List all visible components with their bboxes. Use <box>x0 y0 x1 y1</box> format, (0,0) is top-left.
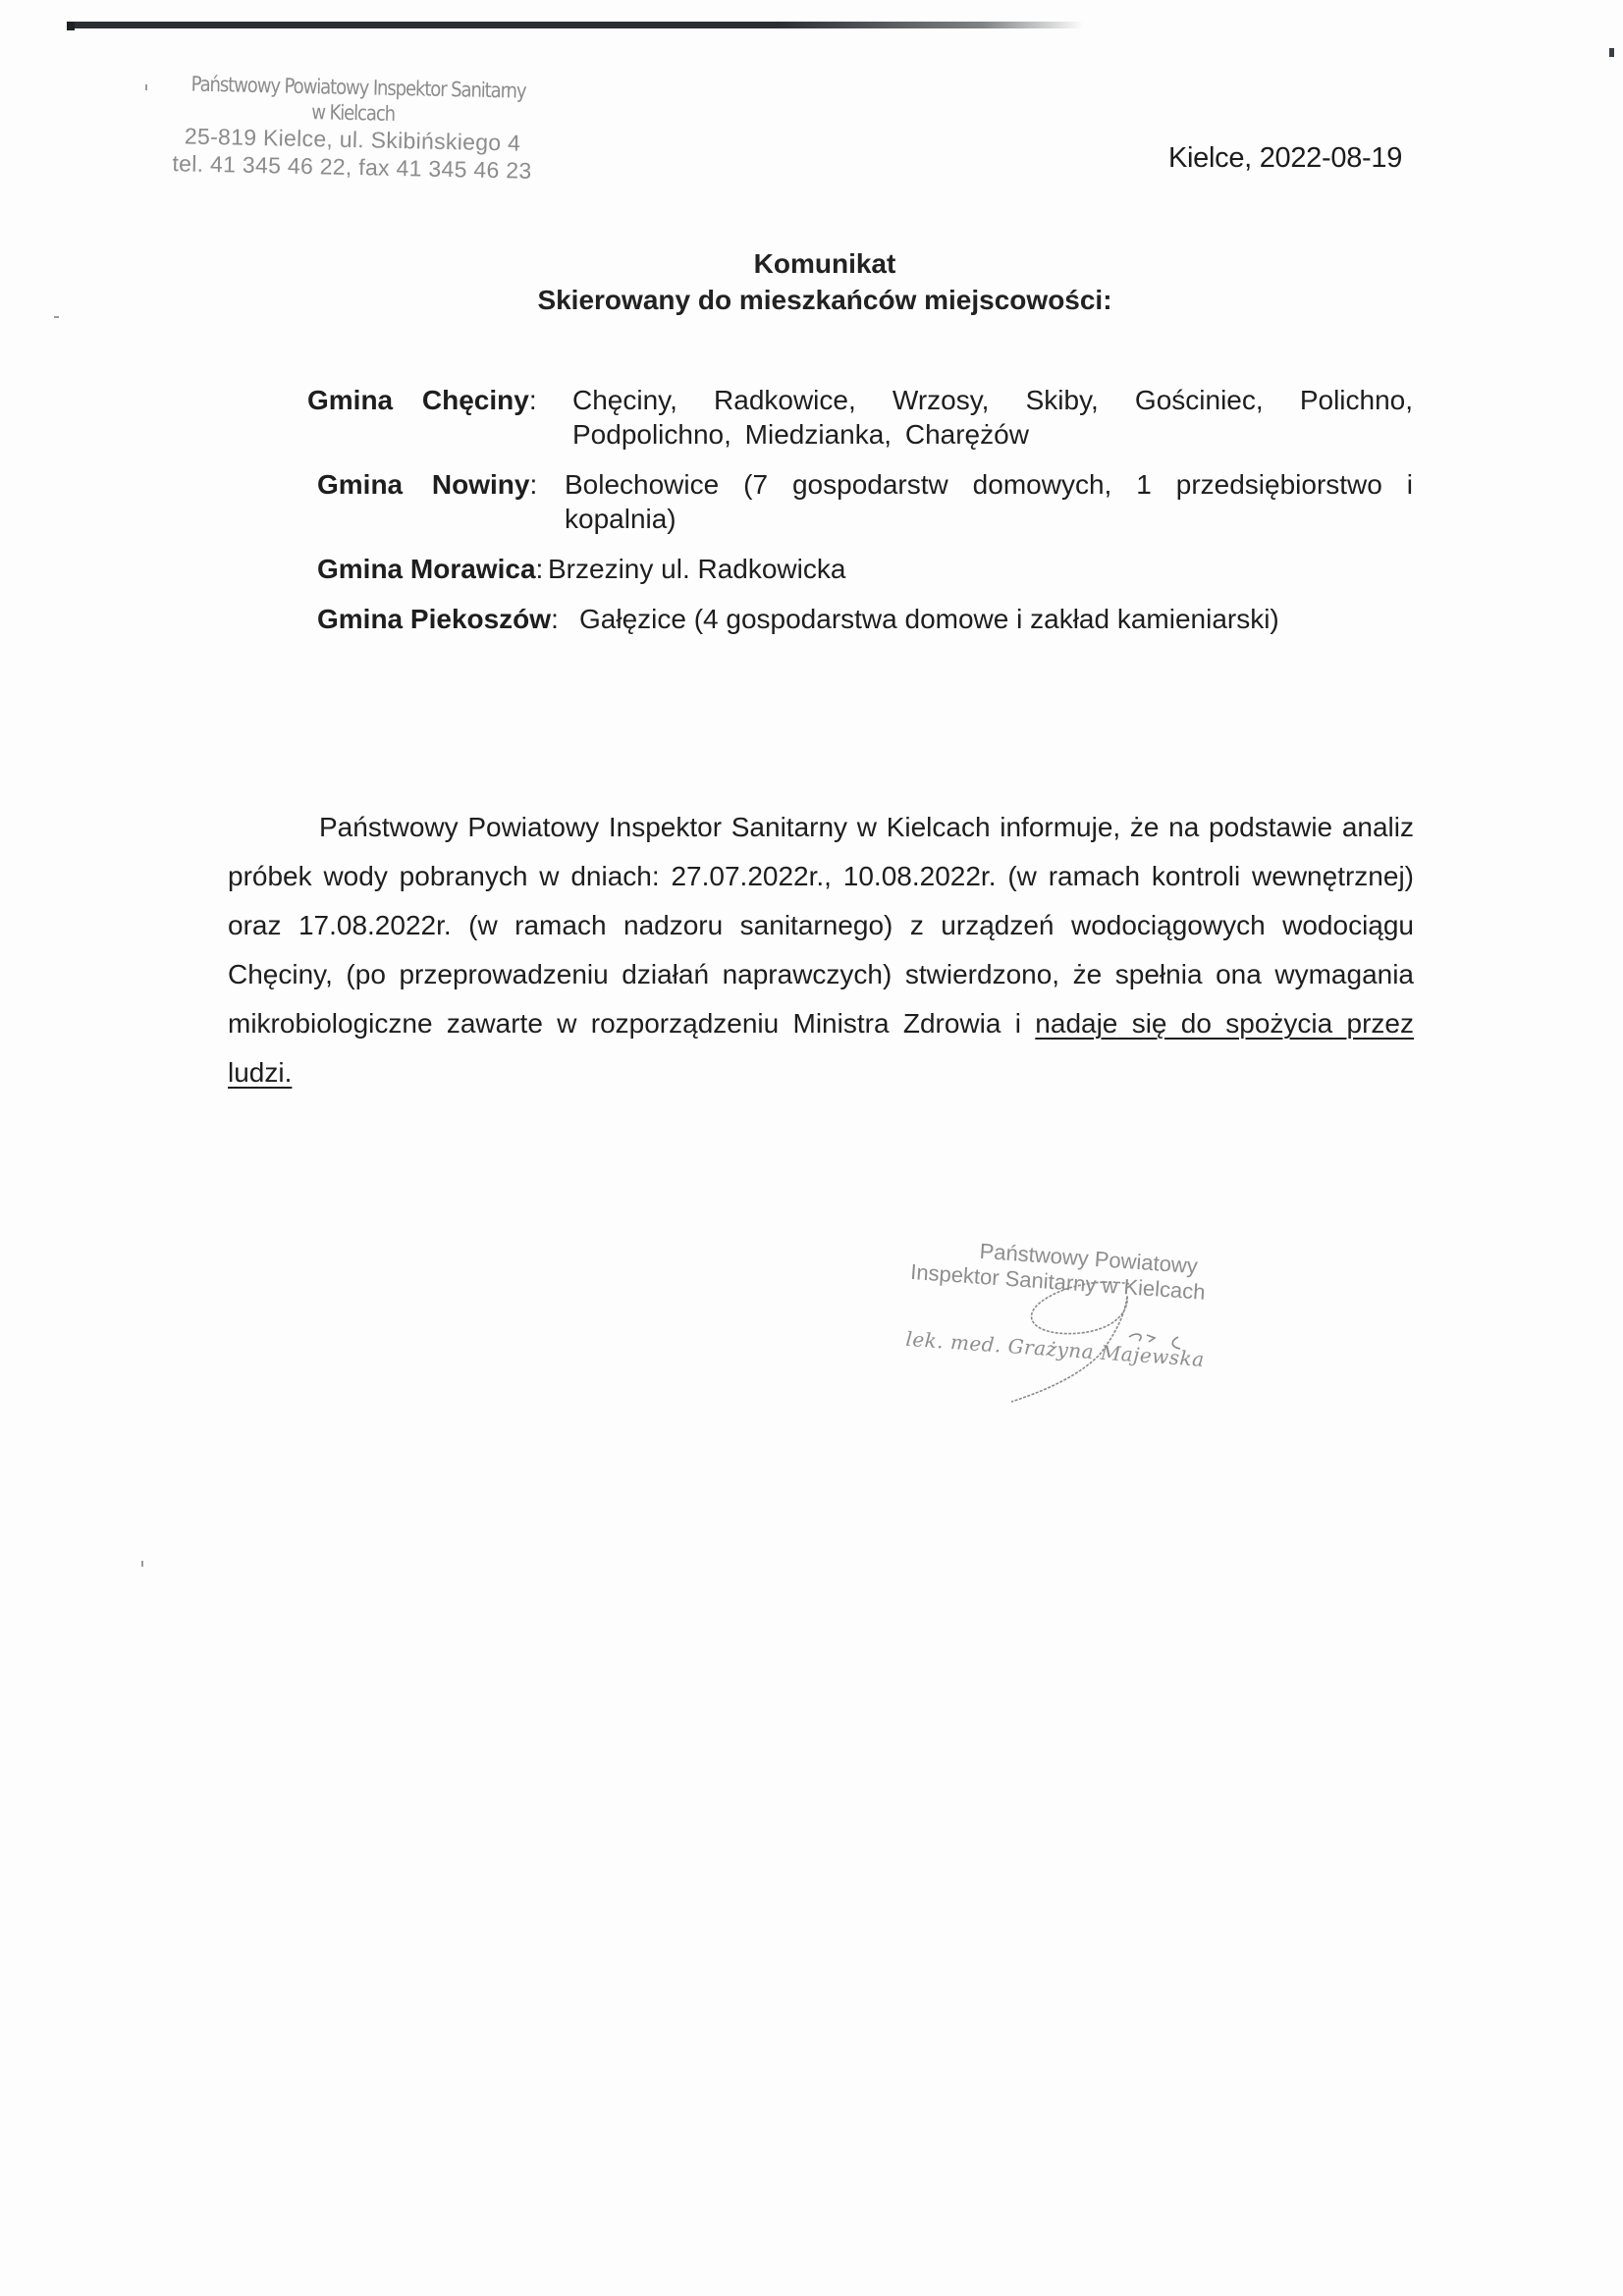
scan-speck <box>145 84 147 90</box>
scan-top-rule <box>67 22 1083 28</box>
letterhead-stamp: Państwowy Powiatowy Inspektor Sanitarny … <box>163 71 543 185</box>
municipality-label: Gmina Morawica: <box>317 554 548 585</box>
scan-speck <box>141 1561 143 1567</box>
scan-speck <box>54 316 59 318</box>
document-page: Państwowy Powiatowy Inspektor Sanitarny … <box>0 0 1623 2296</box>
announcement-text: Państwowy Powiatowy Inspektor Sanitarny … <box>228 812 1414 1039</box>
document-date: Kielce, 2022-08-19 <box>1168 142 1402 175</box>
municipality-label: Gmina Nowiny: <box>317 469 565 501</box>
municipality-places: Bolechowice (7 gospodarstw domowych, 1 p… <box>565 467 1413 536</box>
document-title: Komunikat <box>432 245 1217 282</box>
municipality-item: Gmina Morawica: Brzeziny ul. Radkowicka <box>307 552 1413 586</box>
municipality-places: Gałęzice (4 gospodarstwa domowe i zakład… <box>579 602 1279 636</box>
municipality-places: Chęciny, Radkowice, Wrzosy, Skiby, Gości… <box>572 383 1413 452</box>
municipality-label: Gmina Piekoszów: <box>317 604 579 635</box>
title-block: Komunikat Skierowany do mieszkańców miej… <box>432 245 1217 318</box>
announcement-body: Państwowy Powiatowy Inspektor Sanitarny … <box>228 803 1414 1097</box>
municipality-places: Brzeziny ul. Radkowicka <box>548 552 845 586</box>
municipality-item: Gmina Piekoszów: Gałęzice (4 gospodarstw… <box>307 602 1413 636</box>
municipality-list: Gmina Chęciny: Chęciny, Radkowice, Wrzos… <box>307 383 1413 652</box>
document-subtitle: Skierowany do mieszkańców miejscowości: <box>432 282 1217 318</box>
municipality-item: Gmina Chęciny: Chęciny, Radkowice, Wrzos… <box>307 383 1413 452</box>
handwritten-signature <box>982 1276 1217 1404</box>
municipality-item: Gmina Nowiny: Bolechowice (7 gospodarstw… <box>307 467 1413 536</box>
municipality-label: Gmina Chęciny: <box>307 385 572 416</box>
scan-artifact-dot <box>1609 48 1614 57</box>
